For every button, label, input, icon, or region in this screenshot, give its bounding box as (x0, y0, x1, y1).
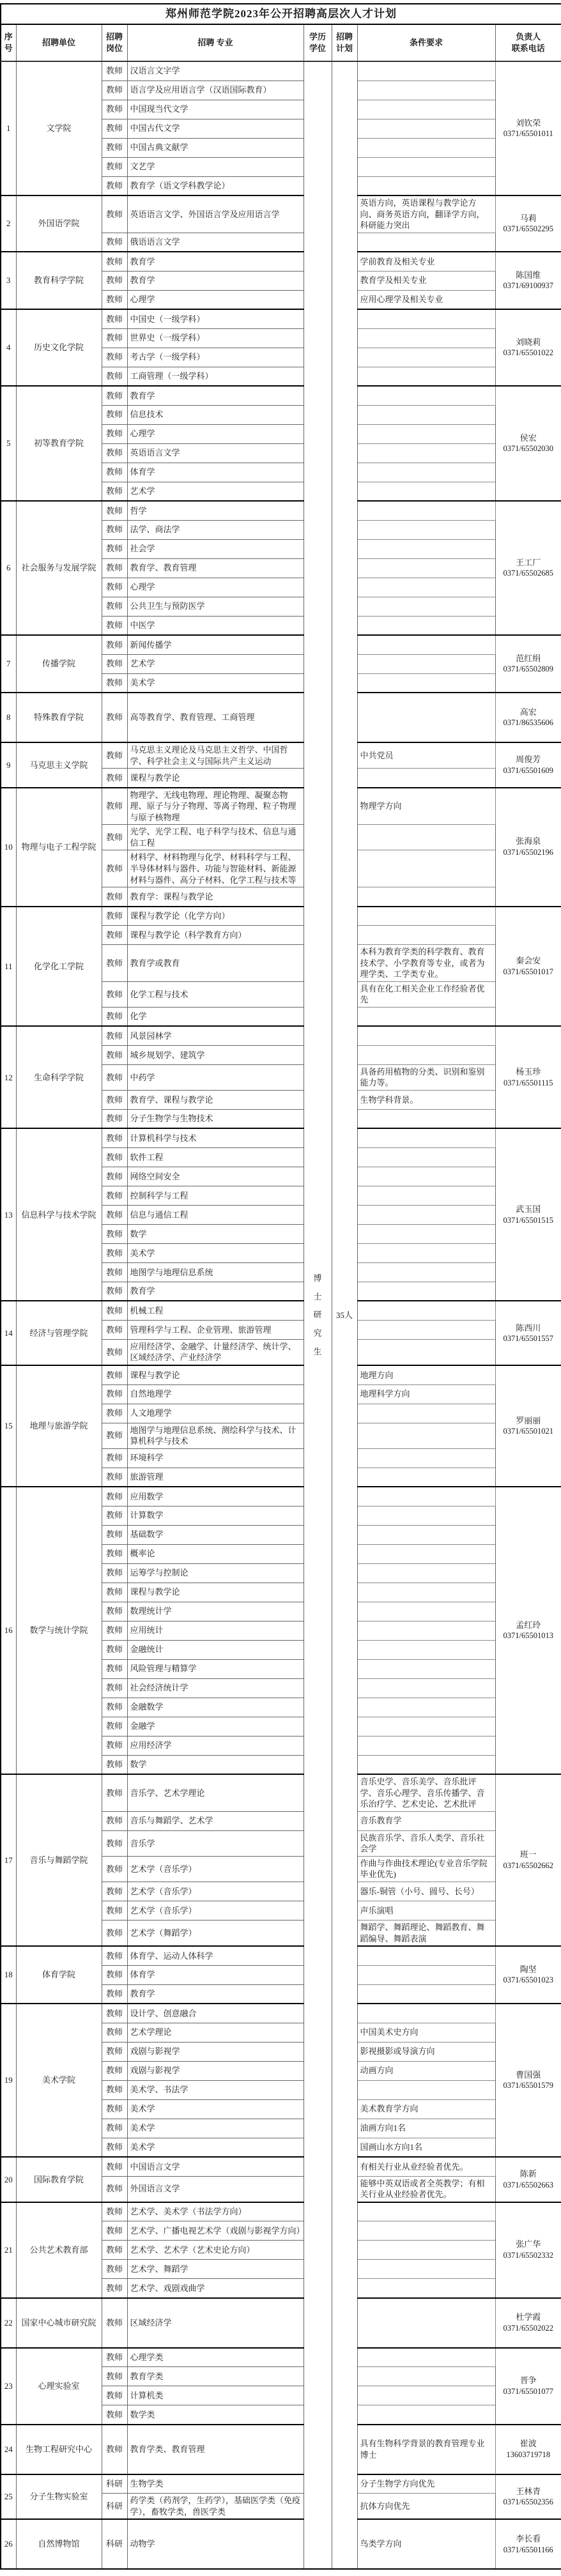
post-cell: 教师 (102, 887, 127, 907)
post-cell: 教师 (102, 367, 127, 386)
post-cell: 教师 (102, 1811, 127, 1830)
major-cell: 汉语言文字学 (127, 61, 304, 80)
requirement-cell (357, 1736, 495, 1755)
table-row: 4历史文化学院教师中国史（一级学科）刘晓莉0371/65501022 (1, 309, 561, 328)
major-cell: 材料学、材料物理与化学、材料科学与工程、半导体材料与器件、功能与智能材料、新能源… (127, 850, 304, 887)
requirement-cell (357, 405, 495, 424)
requirement-cell: 美术教育学方向 (357, 2099, 495, 2119)
table-row: 26自然博物馆科研动物学鸟类学方向李长看0371/65501166 (1, 2519, 561, 2569)
major-cell: 教育学：课程与教学论 (127, 887, 304, 907)
post-cell: 教师 (102, 233, 127, 252)
requirement-cell (357, 367, 495, 386)
table-row: 9马克思主义学院教师马克思主义理论及马克思主义哲学、中国哲学、科学社会主义与国际… (1, 742, 561, 769)
row-number-cell: 9 (1, 742, 16, 788)
post-cell: 教师 (102, 1365, 127, 1384)
post-cell: 教师 (102, 443, 127, 463)
row-number-cell: 20 (1, 2157, 16, 2202)
major-cell: 英语语言文学、外国语言学及应用语言学 (127, 195, 304, 233)
row-number-cell: 18 (1, 1946, 16, 2004)
requirement-cell (357, 1640, 495, 1659)
major-cell: 心理学 (127, 290, 304, 309)
requirement-cell (357, 2202, 495, 2221)
post-cell: 教师 (102, 119, 127, 138)
major-cell: 中药学 (127, 1064, 304, 1090)
requirement-cell (357, 1205, 495, 1224)
post-cell: 教师 (102, 1563, 127, 1583)
major-cell: 课程与教学论 (127, 769, 304, 788)
table-row: 23心理实验室教师心理学类晋争0371/65501077 (1, 2348, 561, 2367)
post-cell: 教师 (102, 1448, 127, 1468)
contact-phone: 0371/65502809 (498, 664, 559, 675)
major-cell: 美术学 (127, 1243, 304, 1262)
row-number-cell: 8 (1, 693, 16, 742)
requirement-cell (357, 1583, 495, 1602)
contact-cell: 班一0371/65502662 (495, 1774, 561, 1946)
requirement-cell (357, 1243, 495, 1262)
requirement-cell (357, 1339, 495, 1365)
contact-name: 张广华 (498, 2239, 559, 2250)
contact-cell: 陈西川0371/65501557 (495, 1301, 561, 1365)
post-cell: 教师 (102, 195, 127, 233)
row-number-cell: 3 (1, 252, 16, 309)
post-cell: 教师 (102, 1384, 127, 1404)
requirement-cell: 英语方向，英语课程与教学论方向、商务英语方向，翻译学方向，科研能力突出 (357, 195, 495, 233)
post-cell: 教师 (102, 1544, 127, 1563)
post-cell: 教师 (102, 1901, 127, 1920)
contact-cell: 秦会安0371/65501017 (495, 907, 561, 1027)
requirement-cell (357, 1320, 495, 1339)
requirement-cell (357, 1147, 495, 1167)
major-cell: 美术学 (127, 2138, 304, 2157)
requirement-cell (357, 520, 495, 539)
table-row: 序号 招聘单位 招聘岗位 招聘 专业 学历学位 招聘计划 条件要求 负责人 联系… (1, 24, 561, 61)
contact-cell: 王林青0371/65502356 (495, 2474, 561, 2520)
contact-cell: 张海泉0371/65502196 (495, 788, 561, 907)
major-cell: 高等教育学、教育管理、工商管理 (127, 693, 304, 742)
contact-name: 杜学霞 (498, 2311, 559, 2323)
post-cell: 教师 (102, 1147, 127, 1167)
post-cell: 教师 (102, 1404, 127, 1423)
major-cell: 教育学 (127, 1282, 304, 1301)
contact-cell: 刘钦荣0371/65501011 (495, 61, 561, 195)
post-cell: 教师 (102, 309, 127, 328)
requirement-cell (357, 1301, 495, 1320)
post-cell: 教师 (102, 61, 127, 80)
requirement-cell (357, 825, 495, 850)
post-cell: 教师 (102, 1090, 127, 1109)
contact-name: 崔波 (498, 2438, 559, 2449)
unit-cell: 马克思主义学院 (16, 742, 102, 788)
requirement-cell: 具备药用植物的分类、识别和鉴别能力等。 (357, 1064, 495, 1090)
contact-phone: 0371/65502030 (498, 443, 559, 454)
post-cell: 教师 (102, 1301, 127, 1320)
row-number-cell: 14 (1, 1301, 16, 1365)
page-title: 郑州师范学院2023年公开招聘高层次人才计划 (1, 4, 561, 24)
post-cell: 教师 (102, 1262, 127, 1282)
unit-cell: 历史文化学院 (16, 309, 102, 386)
major-cell: 新闻传播学 (127, 635, 304, 654)
requirement-cell (357, 1946, 495, 1965)
major-cell: 美术学 (127, 2099, 304, 2119)
major-cell: 计算数学 (127, 1506, 304, 1525)
post-cell: 教师 (102, 2425, 127, 2474)
requirement-cell (357, 1224, 495, 1243)
unit-cell: 自然博物馆 (16, 2519, 102, 2569)
major-cell: 公共卫生与预防医学 (127, 597, 304, 616)
contact-name: 武玉国 (498, 1204, 559, 1215)
contact-phone: 0371/65501115 (498, 1078, 559, 1089)
requirement-cell: 有相关行业从业经验者优先。 (357, 2157, 495, 2176)
major-cell: 工商管理（一级学科） (127, 367, 304, 386)
major-cell: 中国古典文献学 (127, 138, 304, 157)
post-cell: 教师 (102, 2157, 127, 2176)
major-cell: 艺术学、广播电视艺术学（戏剧与影视学方向） (127, 2221, 304, 2241)
requirement-cell (357, 1128, 495, 1147)
major-cell: 区域经济学 (127, 2298, 304, 2348)
requirement-cell: 国画山水方向1名 (357, 2138, 495, 2157)
requirement-cell (357, 119, 495, 138)
table-row: 14经济与管理学院教师机械工程陈西川0371/65501557 (1, 1301, 561, 1320)
post-cell: 教师 (102, 424, 127, 443)
post-cell: 教师 (102, 2119, 127, 2138)
major-cell: 软件工程 (127, 1147, 304, 1167)
table-row: 24生物工程研究中心教师教育学类、教育管理具有生物科学背景的教育管理专业博士崔波… (1, 2425, 561, 2474)
unit-cell: 信息科学与技术学院 (16, 1128, 102, 1301)
post-cell: 教师 (102, 1423, 127, 1448)
requirement-cell (357, 463, 495, 482)
contact-name: 刘晓莉 (498, 337, 559, 348)
requirement-cell: 音乐教育学 (357, 1811, 495, 1830)
post-cell: 教师 (102, 945, 127, 982)
contact-cell: 李长看0371/65501166 (495, 2519, 561, 2569)
requirement-cell (357, 1448, 495, 1468)
contact-phone: 0371/65501077 (498, 2386, 559, 2397)
post-cell: 教师 (102, 981, 127, 1007)
column-header-no: 序号 (1, 24, 16, 61)
contact-phone: 0371/65502662 (498, 1860, 559, 1871)
requirement-cell: 作曲与作曲技术理论(专业音乐学院毕业优先) (357, 1856, 495, 1882)
row-number-cell: 6 (1, 501, 16, 635)
major-cell: 管理科学与工程、企业管理、旅游管理 (127, 1320, 304, 1339)
unit-cell: 文学院 (16, 61, 102, 195)
post-cell: 教师 (102, 501, 127, 520)
major-cell: 英语语言文学 (127, 443, 304, 463)
requirement-cell (357, 100, 495, 119)
post-cell: 教师 (102, 1007, 127, 1026)
contact-cell: 侯宏0371/65502030 (495, 386, 561, 501)
post-cell: 科研 (102, 2494, 127, 2520)
requirement-cell (357, 138, 495, 157)
contact-name: 秦会安 (498, 955, 559, 967)
post-cell: 教师 (102, 1640, 127, 1659)
major-cell: 世界史（一级学科） (127, 328, 304, 348)
post-cell: 教师 (102, 742, 127, 769)
post-cell: 教师 (102, 157, 127, 176)
requirement-cell: 中共党员 (357, 742, 495, 769)
post-cell: 教师 (102, 1830, 127, 1856)
post-cell: 教师 (102, 673, 127, 693)
requirement-cell (357, 386, 495, 405)
post-cell: 教师 (102, 1698, 127, 1717)
major-cell: 法学、商法学 (127, 520, 304, 539)
major-cell: 人文地理学 (127, 1404, 304, 1423)
post-cell: 教师 (102, 1920, 127, 1946)
major-cell: 艺术学、戏剧戏曲学 (127, 2279, 304, 2298)
requirement-cell (357, 1621, 495, 1640)
post-cell: 教师 (102, 290, 127, 309)
table-row: 7传播学院教师新闻传播学范红绢0371/65502809 (1, 635, 561, 654)
post-cell: 教师 (102, 1186, 127, 1205)
requirement-cell: 物理学方向 (357, 788, 495, 825)
unit-cell: 国际教育学院 (16, 2157, 102, 2202)
unit-cell: 分子生物实验室 (16, 2474, 102, 2520)
major-cell: 风景园林学 (127, 1026, 304, 1045)
requirement-cell: 影视摄影或导演方向 (357, 2042, 495, 2061)
major-cell: 基础数学 (127, 1525, 304, 1544)
requirement-cell (357, 2241, 495, 2260)
requirement-cell: 具有在化工相关企业工作经验者优先 (357, 981, 495, 1007)
major-cell: 外国语言文学 (127, 2176, 304, 2202)
post-cell: 教师 (102, 138, 127, 157)
row-number-cell: 10 (1, 788, 16, 907)
contact-name: 马莉 (498, 213, 559, 224)
contact-phone: 0371/65502663 (498, 2180, 559, 2191)
requirement-cell (357, 1506, 495, 1525)
major-cell: 社会学 (127, 539, 304, 558)
requirement-cell (357, 1109, 495, 1128)
major-cell: 心理学类 (127, 2348, 304, 2367)
column-header-contact: 负责人 联系电话 (495, 24, 561, 61)
contact-name: 周俊芳 (498, 754, 559, 765)
contact-cell: 张广华0371/65502332 (495, 2202, 561, 2298)
major-cell: 心理学 (127, 424, 304, 443)
row-number-cell: 2 (1, 195, 16, 252)
table-row: 13信息科学与技术学院教师计算机科学与技术武玉国0371/65501515 (1, 1128, 561, 1147)
post-cell: 教师 (102, 1243, 127, 1262)
major-cell: 动物学 (127, 2519, 304, 2569)
unit-cell: 初等教育学院 (16, 386, 102, 501)
contact-cell: 范红绢0371/65502809 (495, 635, 561, 693)
table-row: 16数学与统计学院教师应用数学孟红玲0371/65501013 (1, 1487, 561, 1506)
row-number-cell: 17 (1, 1774, 16, 1946)
post-cell: 教师 (102, 2386, 127, 2405)
requirement-cell: 学前教育及相关专业 (357, 252, 495, 271)
contact-name: 刘钦荣 (498, 118, 559, 129)
recruitment-table: 郑州师范学院2023年公开招聘高层次人才计划 序号 招聘单位 招聘岗位 招聘 专… (0, 3, 561, 2570)
requirement-cell (357, 482, 495, 501)
major-cell: 教育学类、教育管理 (127, 2425, 304, 2474)
requirement-cell (357, 1423, 495, 1448)
major-cell: 中医学 (127, 616, 304, 635)
major-cell: 文艺学 (127, 157, 304, 176)
table-row: 1文学院教师汉语言文字学博士研究生35人刘钦荣0371/65501011 (1, 61, 561, 80)
contact-phone: 0371/65502356 (498, 2497, 559, 2508)
requirement-cell (357, 1026, 495, 1045)
contact-phone: 0371/65501017 (498, 967, 559, 977)
major-cell: 计算机科学与技术 (127, 1128, 304, 1147)
contact-phone: 0371/65501166 (498, 2545, 559, 2556)
post-cell: 教师 (102, 788, 127, 825)
post-cell: 教师 (102, 1224, 127, 1243)
post-cell: 教师 (102, 2348, 127, 2367)
post-cell: 教师 (102, 1755, 127, 1774)
major-cell: 课程与教学论（化学方向） (127, 907, 304, 926)
requirement-cell (357, 1563, 495, 1583)
post-cell: 教师 (102, 1984, 127, 2004)
contact-name: 高宏 (498, 707, 559, 718)
post-cell: 教师 (102, 1774, 127, 1811)
requirement-cell (357, 673, 495, 693)
post-cell: 教师 (102, 2202, 127, 2221)
contact-cell: 崔波13603719718 (495, 2425, 561, 2474)
degree-cell: 博士研究生 (304, 61, 332, 2569)
table-row: 2外国语学院教师英语语言文学、外国语言学及应用语言学英语方向，英语课程与教学论方… (1, 195, 561, 233)
requirement-cell (357, 1755, 495, 1774)
post-cell: 教师 (102, 520, 127, 539)
contact-name: 侯宏 (498, 433, 559, 444)
requirement-cell (357, 578, 495, 597)
contact-name: 陈国维 (498, 270, 559, 281)
post-cell: 教师 (102, 907, 127, 926)
post-cell: 教师 (102, 348, 127, 367)
row-number-cell: 21 (1, 2202, 16, 2298)
requirement-cell (357, 2405, 495, 2425)
unit-cell: 社会服务与发展学院 (16, 501, 102, 635)
major-cell: 体育学、运动人体科学 (127, 1946, 304, 1965)
contact-cell: 陈国维0371/69100937 (495, 252, 561, 309)
requirement-cell (357, 850, 495, 887)
major-cell: 教育学类 (127, 2367, 304, 2386)
contact-phone: 0371/86535606 (498, 717, 559, 728)
unit-cell: 生物工程研究中心 (16, 2425, 102, 2474)
major-cell: 教育学 (127, 1984, 304, 2004)
requirement-cell (357, 157, 495, 176)
contact-phone: 0371/65501011 (498, 128, 559, 139)
requirement-cell (357, 1262, 495, 1282)
major-cell: 中国现当代文学 (127, 100, 304, 119)
requirement-cell (357, 348, 495, 367)
requirement-cell: 具有生物科学背景的教育管理专业博士 (357, 2425, 495, 2474)
requirement-cell (357, 1984, 495, 2004)
major-cell: 社会经济统计学 (127, 1678, 304, 1698)
requirement-cell (357, 1717, 495, 1736)
post-cell: 教师 (102, 1205, 127, 1224)
table-row: 21公共艺术教育部教师艺术学、美术学（书法学方向）张广华0371/6550233… (1, 2202, 561, 2221)
post-cell: 教师 (102, 926, 127, 945)
major-cell: 城乡规划学、建筑学 (127, 1045, 304, 1064)
requirement-cell (357, 1167, 495, 1186)
unit-cell: 地理与旅游学院 (16, 1365, 102, 1487)
table-row: 5初等教育学院教师教育学侯宏0371/65502030 (1, 386, 561, 405)
post-cell: 教师 (102, 2298, 127, 2348)
post-cell: 教师 (102, 539, 127, 558)
requirement-cell: 应用心理学及相关专业 (357, 290, 495, 309)
table-row: 18体育学院教师体育学、运动人体科学陶坚0371/65501023 (1, 1946, 561, 1965)
post-cell: 教师 (102, 1678, 127, 1698)
unit-cell: 特殊教育学院 (16, 693, 102, 742)
requirement-cell (357, 539, 495, 558)
contact-name: 曹国强 (498, 2069, 559, 2081)
contact-phone: 0371/65501557 (498, 1333, 559, 1344)
major-cell: 运筹学与控制论 (127, 1563, 304, 1583)
post-cell: 教师 (102, 1856, 127, 1882)
table-row: 8特殊教育学院教师高等教育学、教育管理、工商管理高宏0371/86535606 (1, 693, 561, 742)
post-cell: 教师 (102, 2004, 127, 2023)
row-number-cell: 1 (1, 61, 16, 195)
contact-phone: 0371/65502022 (498, 2323, 559, 2334)
post-cell: 教师 (102, 1965, 127, 1984)
requirement-cell: 民族音乐学、音乐人类学、音乐社会学 (357, 1830, 495, 1856)
post-cell: 教师 (102, 80, 127, 100)
unit-cell: 体育学院 (16, 1946, 102, 2004)
contact-cell: 陈新0371/65502663 (495, 2157, 561, 2202)
major-cell: 化学工程与技术 (127, 981, 304, 1007)
requirement-cell (357, 1525, 495, 1544)
post-cell: 教师 (102, 463, 127, 482)
requirement-cell (357, 80, 495, 100)
post-cell: 教师 (102, 2138, 127, 2157)
major-cell: 教育学（语文学科教学论） (127, 176, 304, 195)
post-cell: 教师 (102, 1946, 127, 1965)
post-cell: 教师 (102, 654, 127, 673)
requirement-cell: 抗体方向优先 (357, 2494, 495, 2520)
post-cell: 教师 (102, 1026, 127, 1045)
contact-phone: 0371/65502332 (498, 2250, 559, 2261)
major-cell: 艺术学（舞蹈学） (127, 1920, 304, 1946)
requirement-cell (357, 2080, 495, 2099)
major-cell: 艺术学（音乐学） (127, 1882, 304, 1901)
requirement-cell: 音乐史学、音乐美学、音乐批评学、音乐心理学、音乐传播学、音乐治疗学、艺术史论、艺… (357, 1774, 495, 1811)
requirement-cell: 地理方向 (357, 1365, 495, 1384)
post-cell: 教师 (102, 2023, 127, 2042)
unit-cell: 数学与统计学院 (16, 1487, 102, 1774)
major-cell: 艺术学（音乐学） (127, 1901, 304, 1920)
column-header-post: 招聘岗位 (102, 24, 127, 61)
contact-name: 范红绢 (498, 653, 559, 664)
major-cell: 心理学 (127, 578, 304, 597)
major-cell: 信息与通信工程 (127, 1205, 304, 1224)
major-cell: 应用统计 (127, 1621, 304, 1640)
requirement-cell (357, 693, 495, 742)
requirement-cell (357, 769, 495, 788)
row-number-cell: 11 (1, 907, 16, 1027)
requirement-cell (357, 328, 495, 348)
major-cell: 化学 (127, 1007, 304, 1026)
post-cell: 教师 (102, 1736, 127, 1755)
major-cell: 自然地理学 (127, 1384, 304, 1404)
unit-cell: 外国语学院 (16, 195, 102, 252)
requirement-cell (357, 907, 495, 926)
row-number-cell: 19 (1, 2004, 16, 2157)
contact-name: 杨玉珍 (498, 1066, 559, 1078)
post-cell: 教师 (102, 482, 127, 501)
post-cell: 教师 (102, 1602, 127, 1621)
post-cell: 教师 (102, 769, 127, 788)
major-cell: 马克思主义理论及马克思主义哲学、中国哲学、科学社会主义与国际共产主义运动 (127, 742, 304, 769)
post-cell: 教师 (102, 2405, 127, 2425)
contact-name: 陶坚 (498, 1964, 559, 1975)
row-number-cell: 7 (1, 635, 16, 693)
major-cell: 数学 (127, 1224, 304, 1243)
major-cell: 音乐学 (127, 1830, 304, 1856)
major-cell: 数理统计学 (127, 1602, 304, 1621)
column-header-degree: 学历学位 (304, 24, 332, 61)
requirement-cell: 器乐-铜管（小号、圆号、长号） (357, 1882, 495, 1901)
table-row: 10物理与电子工程学院教师物理学、无线电物理、理论物理、凝聚态物理、原子与分子物… (1, 788, 561, 825)
major-cell: 旅游管理 (127, 1468, 304, 1487)
major-cell: 教育学 (127, 271, 304, 290)
contact-phone: 0371/65502196 (498, 847, 559, 858)
